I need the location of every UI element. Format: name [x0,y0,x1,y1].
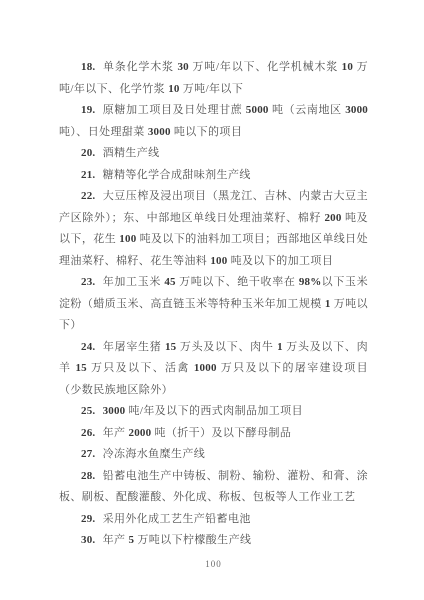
item-text: 冷冻海水鱼糜生产线 [103,448,206,460]
catalog-item-25: 25.3000 吨/年及以下的西式肉制品加工项目 [59,401,368,423]
document-page: 18.单条化学木浆 30 万吨/年以下、化学机械木浆 10 万吨/年以下、化学竹… [0,0,424,600]
item-text: 原糖加工项目及日处理甘蔗 5000 吨（云南地区 3000 吨）、日处理甜菜 3… [59,104,368,138]
item-text: 年产 5 万吨以下柠檬酸生产线 [103,534,252,546]
item-text: 糖精等化学合成甜味剂生产线 [103,169,251,181]
item-number: 20. [81,147,96,159]
item-text: 年产 2000 吨（折干）及以下酵母制品 [103,427,292,439]
item-number: 24. [81,341,96,353]
catalog-item-23: 23.年加工玉米 45 万吨以下、绝干收率在 98%以下玉米淀粉（蜡质玉米、高直… [59,272,368,337]
item-text: 年加工玉米 45 万吨以下、绝干收率在 98%以下玉米淀粉（蜡质玉米、高直链玉米… [59,276,368,331]
item-text: 单条化学木浆 30 万吨/年以下、化学机械木浆 10 万吨/年以下、化学竹浆 1… [59,61,368,95]
catalog-item-21: 21.糖精等化学合成甜味剂生产线 [59,165,368,187]
catalog-item-30: 30.年产 5 万吨以下柠檬酸生产线 [59,530,368,552]
item-number: 25. [81,405,96,417]
catalog-item-28: 28.铅蓄电池生产中铸板、制粉、输粉、灌粉、和膏、涂板、刷板、配酸灌酸、外化成、… [59,466,368,509]
page-number: 100 [59,559,368,569]
item-number: 29. [81,513,96,525]
item-text: 年屠宰生猪 15 万头及以下、肉牛 1 万头及以下、肉羊 15 万只及以下、活禽… [59,341,368,396]
item-number: 28. [81,470,96,482]
item-text: 3000 吨/年及以下的西式肉制品加工项目 [103,405,303,417]
item-number: 22. [81,190,96,202]
item-number: 19. [81,104,96,116]
catalog-item-24: 24.年屠宰生猪 15 万头及以下、肉牛 1 万头及以下、肉羊 15 万只及以下… [59,337,368,402]
catalog-item-18: 18.单条化学木浆 30 万吨/年以下、化学机械木浆 10 万吨/年以下、化学竹… [59,57,368,100]
catalog-item-27: 27.冷冻海水鱼糜生产线 [59,444,368,466]
item-number: 27. [81,448,96,460]
catalog-item-19: 19.原糖加工项目及日处理甘蔗 5000 吨（云南地区 3000 吨）、日处理甜… [59,100,368,143]
item-number: 30. [81,534,96,546]
item-number: 23. [81,276,96,288]
catalog-item-20: 20.酒精生产线 [59,143,368,165]
item-text: 大豆压榨及浸出项目（黑龙江、吉林、内蒙古大豆主产区除外）；东、中部地区单线日处理… [59,190,368,267]
item-text: 酒精生产线 [103,147,160,159]
item-number: 26. [81,427,96,439]
item-number: 21. [81,169,96,181]
catalog-item-26: 26.年产 2000 吨（折干）及以下酵母制品 [59,423,368,445]
catalog-item-29: 29.采用外化成工艺生产铅蓄电池 [59,509,368,531]
item-text: 铅蓄电池生产中铸板、制粉、输粉、灌粉、和膏、涂板、刷板、配酸灌酸、外化成、称板、… [59,470,368,504]
item-number: 18. [81,61,96,73]
item-text: 采用外化成工艺生产铅蓄电池 [103,513,251,525]
catalog-item-22: 22.大豆压榨及浸出项目（黑龙江、吉林、内蒙古大豆主产区除外）；东、中部地区单线… [59,186,368,272]
